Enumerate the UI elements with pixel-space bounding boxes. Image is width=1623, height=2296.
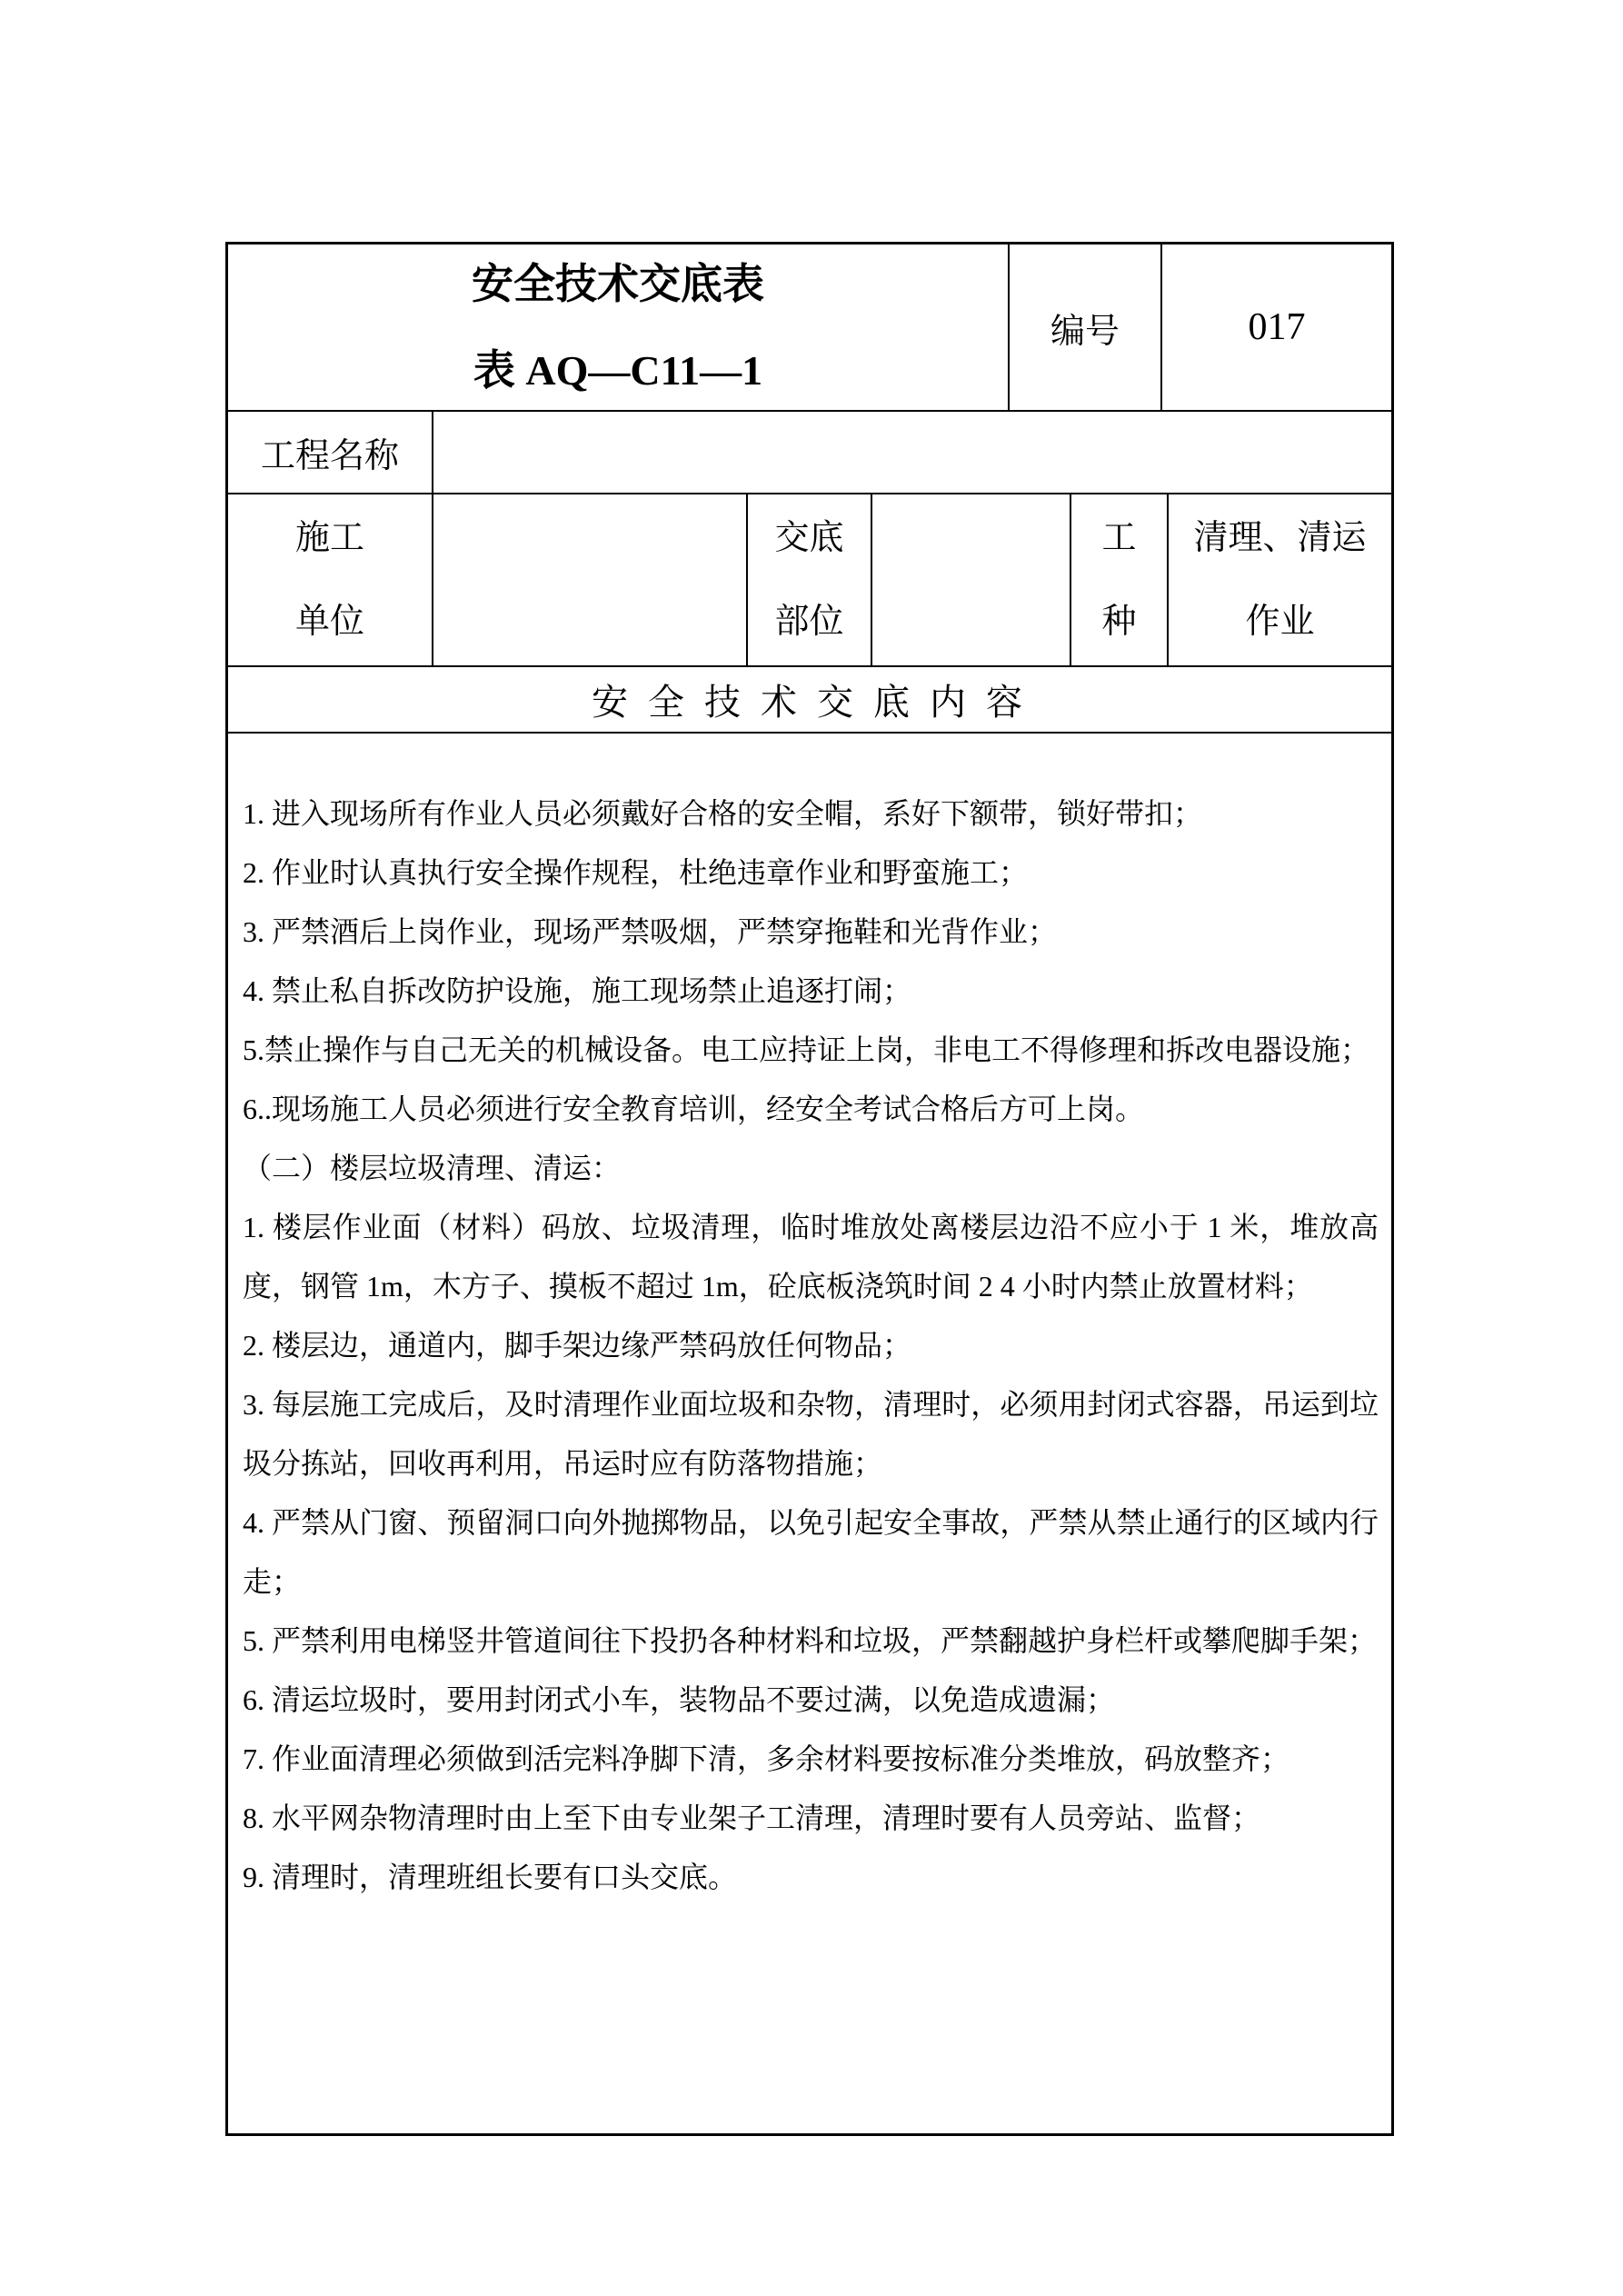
form-code: 表 AQ—C11—1: [473, 327, 762, 414]
content-title-row: 安 全 技 术 交 底 内 容: [228, 667, 1391, 734]
builder-value-cell: [433, 494, 748, 665]
content-title: 安 全 技 术 交 底 内 容: [592, 674, 1028, 725]
content-item: 8. 水平网杂物清理时由上至下由专业架子工清理，清理时要有人员旁站、监督；: [243, 1789, 1379, 1848]
header-row: 安全技术交底表 表 AQ—C11—1 编号 017: [228, 245, 1391, 412]
content-item: 9. 清理时，清理班组长要有口头交底。: [243, 1848, 1379, 1907]
form-number-label-cell: 编号: [1010, 245, 1162, 410]
project-name-label: 工程名称: [261, 427, 399, 477]
worktype-value-cell: 清理、清运 作业: [1169, 494, 1391, 665]
content-item: 5. 严禁利用电梯竖井管道间往下投扔各种材料和垃圾，严禁翻越护身栏杆或攀爬脚手架…: [243, 1612, 1379, 1671]
form-number-value-cell: 017: [1162, 245, 1391, 410]
project-name-label-cell: 工程名称: [228, 412, 433, 493]
worktype-label-cell: 工 种: [1071, 494, 1169, 665]
content-item: 1. 楼层作业面（材料）码放、垃圾清理，临时堆放处离楼层边沿不应小于 1 米，堆…: [243, 1198, 1379, 1316]
builder-label-line2: 单位: [295, 580, 364, 664]
worktype-value-line2: 作业: [1245, 580, 1314, 664]
project-name-row: 工程名称: [228, 412, 1391, 494]
content-item: （二）楼层垃圾清理、清运：: [243, 1139, 1379, 1198]
content-item: 4. 禁止私自拆改防护设施，施工现场禁止追逐打闹；: [243, 962, 1379, 1021]
safety-disclosure-table: 安全技术交底表 表 AQ—C11—1 编号 017 工程名称 施工 单位: [225, 242, 1394, 2136]
content-list: 1. 进入现场所有作业人员必须戴好合格的安全帽，系好下额带，锁好带扣；2. 作业…: [228, 734, 1391, 2133]
content-item: 7. 作业面清理必须做到活完料净脚下清，多余材料要按标准分类堆放，码放整齐；: [243, 1730, 1379, 1789]
content-item: 5.禁止操作与自己无关的机械设备。电工应持证上岗，非电工不得修理和拆改电器设施；: [243, 1021, 1379, 1080]
project-name-value-cell: [433, 412, 1391, 493]
worktype-value-line1: 清理、清运: [1193, 496, 1366, 580]
builder-label-line1: 施工: [295, 496, 364, 580]
info-row: 施工 单位 交底 部位 工 种 清理、清运 作业: [228, 494, 1391, 667]
content-item: 4. 严禁从门窗、预留洞口向外抛掷物品，以免引起安全事故，严禁从禁止通行的区域内…: [243, 1493, 1379, 1612]
disclosure-part-value-cell: [872, 494, 1071, 665]
disclosure-part-label-line2: 部位: [774, 580, 843, 664]
form-number-label: 编号: [1050, 303, 1120, 353]
content-item: 2. 作业时认真执行安全操作规程，杜绝违章作业和野蛮施工；: [243, 844, 1379, 903]
worktype-label-line2: 种: [1101, 580, 1136, 664]
form-title: 安全技术交底表: [472, 241, 764, 327]
content-item: 6. 清运垃圾时，要用封闭式小车，装物品不要过满，以免造成遗漏；: [243, 1671, 1379, 1730]
content-item: 3. 每层施工完成后，及时清理作业面垃圾和杂物，清理时，必须用封闭式容器，吊运到…: [243, 1375, 1379, 1493]
builder-label-cell: 施工 单位: [228, 494, 433, 665]
form-number-value: 017: [1249, 305, 1306, 349]
document-page: 安全技术交底表 表 AQ—C11—1 编号 017 工程名称 施工 单位: [0, 0, 1623, 2296]
content-item: 2. 楼层边，通道内，脚手架边缘严禁码放任何物品；: [243, 1316, 1379, 1375]
content-row: 1. 进入现场所有作业人员必须戴好合格的安全帽，系好下额带，锁好带扣；2. 作业…: [228, 734, 1391, 2133]
form-title-cell: 安全技术交底表 表 AQ—C11—1: [228, 245, 1010, 410]
content-item: 1. 进入现场所有作业人员必须戴好合格的安全帽，系好下额带，锁好带扣；: [243, 784, 1379, 844]
worktype-label-line1: 工: [1101, 496, 1136, 580]
content-item: 3. 严禁酒后上岗作业，现场严禁吸烟，严禁穿拖鞋和光背作业；: [243, 903, 1379, 962]
content-item: 6..现场施工人员必须进行安全教育培训，经安全考试合格后方可上岗。: [243, 1080, 1379, 1139]
content-title-cell: 安 全 技 术 交 底 内 容: [228, 667, 1391, 732]
disclosure-part-label-cell: 交底 部位: [748, 494, 872, 665]
disclosure-part-label-line1: 交底: [774, 496, 843, 580]
